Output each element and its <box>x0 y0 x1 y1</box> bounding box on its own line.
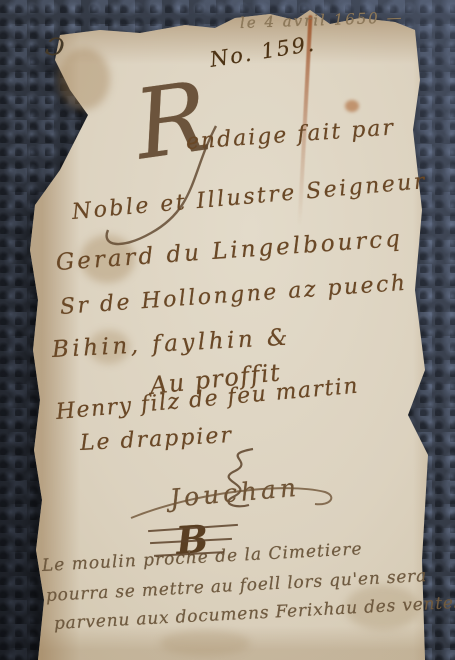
corner-mark: Ɔ <box>44 32 66 62</box>
corner-stain <box>58 48 110 110</box>
rust-dot <box>345 100 359 112</box>
photo-background: Ɔ le 4 avril 1650 — No. 159. R endaige f… <box>0 0 455 660</box>
bottom-blotch-2 <box>160 630 250 656</box>
signature-underline <box>125 476 345 526</box>
